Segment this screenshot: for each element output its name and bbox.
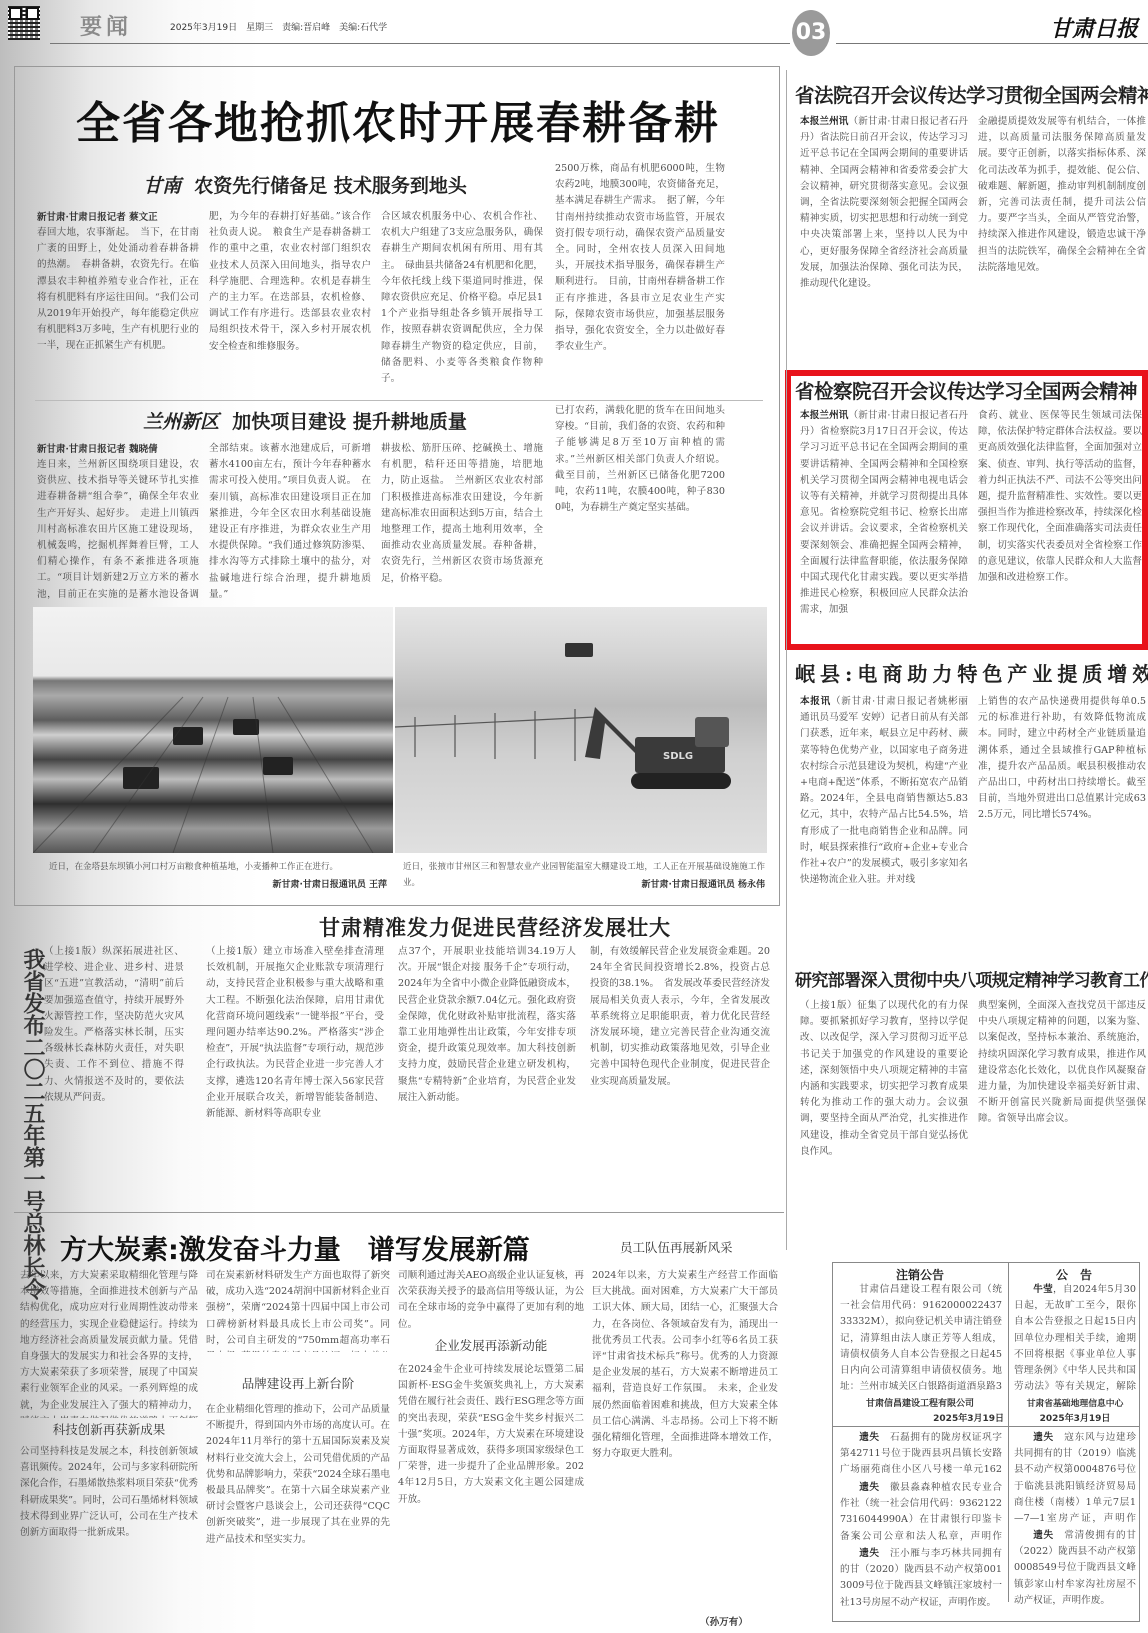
notice2-date: 2025年3月19日 — [1010, 1411, 1140, 1424]
fangda-sub-growth: 企业发展再添新动能 — [398, 1336, 584, 1354]
fangda-col3: 司顺利通过海关AEO高级企业认证复核，再次荣获海关授予的最高信用等级认证，为公司… — [398, 1268, 584, 1334]
photo2-credit: 新甘肃·甘肃日报通讯员 杨永伟 — [555, 877, 765, 890]
date-line: 2025年3月19日 星期三 责编:晋启峰 美编:石代学 — [170, 20, 387, 33]
lost-notice-5: 遗失 常清俊拥有的甘（2022）陇西县不动产权第0008549号位于陇西县文峰镇… — [1014, 1528, 1136, 1612]
divider — [1009, 1426, 1139, 1427]
private-economy-col1: （上接1版）建立市场准入壁垒排查清理长效机制，开展拖欠企业账款专项清理行动，支持… — [206, 944, 384, 1208]
fangda-col1: 去年以来，方大炭素采取精细化管理与降本增效等措施，全面推进技术创新与产品结构优化… — [20, 1268, 198, 1418]
lost-text: 常清俊拥有的甘（2022）陇西县不动产权第0008549号位于陇西县文峰镇彭家山… — [1014, 1530, 1136, 1606]
fangda-col2: 司在炭素新材料研发生产方面也取得了新突破，成功入选“2024胡润中国新材料企业百… — [206, 1268, 390, 1352]
sub1-byline: 新甘肃·甘肃日报记者 蔡文正 — [37, 209, 158, 223]
sub1-col4: 2500万株，商品有机肥6000吨，生物农药2吨，地膜300吨，农资储备充足，基… — [555, 161, 725, 395]
lost-notice-4: 遗失 寇东风与边建珍共同拥有的甘（2019）临洮县不动产权第0004876号位于… — [1014, 1430, 1136, 1528]
sub1-place: 甘南 — [143, 175, 181, 197]
lead: 本报讯 — [800, 696, 831, 707]
fangda-sub-staff: 员工队伍再展新风采 — [620, 1238, 780, 1256]
sub2-byline: 新甘肃·甘肃日报记者 魏晓倩 — [37, 441, 158, 455]
notice1-date: 2025年3月19日 — [834, 1411, 1004, 1424]
body: 省检察院3月17日召开会议，传达学习习近平总书记在全国两会期间的重要讲话精神、全… — [800, 426, 968, 615]
body: ，自2024年5月30日起，无故旷工至今，限你自本公告登报之日起15日内回单位办… — [1014, 1284, 1136, 1394]
lost-label: 遗失 — [1033, 1432, 1054, 1443]
lost-notice-2: 遗失 徽县淼森种植农民专业合作社（统一社会信用代码：93621227316044… — [840, 1480, 1002, 1546]
tractors-illustration — [33, 607, 393, 853]
study-story-col1: （上接1版）征集了以现代化的有力保障。要抓紧抓好学习教育，坚持以学促改、以改促学… — [800, 998, 968, 1244]
sub2-col2: 全部结束。该蓄水池建成后，可新增蓄水4100亩左右，预计今年春种蓄水需求可投入使… — [209, 441, 371, 603]
notice1-title: 注销公告 — [834, 1266, 1006, 1283]
lead: 本报兰州讯 — [800, 410, 849, 421]
notice1-body: 甘肃信昌建设工程有限公司（统一社会信用代码：916200002243733332… — [840, 1282, 1002, 1394]
minxian-story-headline: 岷县:电商助力特色产业提质增效 — [795, 658, 1145, 687]
photo1-caption: 近日，在金塔县东坝镇小河口村万亩粮食种植基地，小麦播种工作正在进行。 — [49, 859, 389, 875]
page-number-badge: 03 — [792, 10, 830, 56]
photo-greenhouse-construction: SDLG — [395, 607, 767, 853]
study-story-headline: 研究部署深入贯彻中央八项规定精神学习教育工作 — [795, 966, 1147, 991]
forest-order-text: （上接1版）纵深拓展进社区、进学校、进企业、进乡村、进景区“五进”宣教活动，“清… — [44, 944, 184, 1208]
lead: 牛莹 — [1033, 1284, 1053, 1295]
lost-notice-1: 遗失 石磊拥有的陇房权证巩字第42711号位于陇西县巩昌镇长安路广场丽苑商住小区… — [840, 1430, 1002, 1480]
sub2-title-row: 兰州新区 加快项目建设 提升耕地质量 — [15, 407, 595, 434]
fangda-col1b: 公司坚持科技是发展之本，科技创新领域喜讯频传。2024年，公司与多家科研院所深化… — [20, 1444, 198, 1630]
sub2-col1: 连日来，兰州新区围绕项目建设，农资供应、技术指导等关键环节扎实推进春耕备耕“组合… — [37, 457, 199, 603]
fangda-col2b: 在企业精细化管理的推动下，公司产品质量不断提升，得到国内外市场的高度认可。在20… — [206, 1402, 390, 1630]
lost-label: 遗失 — [1033, 1530, 1054, 1541]
notices-divider — [1008, 1262, 1009, 1602]
lost-text: 寇东风与边建珍共同拥有的甘（2019）临洮县不动产权第0004876号位于临洮县… — [1014, 1432, 1136, 1528]
fangda-signature: （孙万有） — [700, 1614, 748, 1628]
court-story-col2: 金融提质提效发展等有机结合，一体推进，以高质量司法服务保障高质量发展。要守正创新… — [978, 114, 1146, 360]
notice2-signer: 甘肃省基础地理信息中心 — [1010, 1396, 1140, 1409]
lead: 本报兰州讯 — [800, 116, 849, 127]
procuratorate-story-headline: 省检察院召开会议传达学习全国两会精神 — [795, 376, 1145, 404]
photo1-credit: 新甘肃·甘肃日报通讯员 王萍 — [175, 877, 387, 890]
column-divider — [786, 70, 787, 1250]
masthead-logo: 甘肃日报 — [1050, 12, 1138, 43]
main-headline: 全省各地抢抓农时开展春耕备耕 — [15, 87, 781, 151]
divider — [35, 400, 763, 401]
sub1-col2: 肥，为今年的春耕打好基础。”该合作社负责人说。 粮食生产是春耕备耕工作的重中之重… — [209, 209, 371, 395]
lost-label: 遗失 — [859, 1482, 880, 1493]
main-story: 全省各地抢抓农时开展春耕备耕 甘南 农资先行储备足 技术服务到地头 新甘肃·甘肃… — [14, 66, 780, 906]
sub2-col3: 耕拔松、筋肝压碎、挖碱换土、增施有机肥，秸秆还田等措施，培肥地力，防止返盐。 兰… — [381, 441, 543, 603]
notice2-title: 公 告 — [1010, 1266, 1138, 1283]
study-story-col2: 典型案例，全面深入查找党员干部违反中央八项规定精神的问题，以案为鉴、以案促改，坚… — [978, 998, 1146, 1244]
sub2-place: 兰州新区 — [143, 411, 219, 433]
notice1-signer: 甘肃信昌建设工程有限公司 — [834, 1396, 1006, 1409]
sub2-col4: 已打农药，满载化肥的货车在田间地头穿梭。“目前，我们备的农资、农药和种子能够满足… — [555, 403, 725, 603]
fangda-col3b: 在2024金牛企业可持续发展论坛暨第二届国新杯·ESG金牛奖颁奖典礼上，方大炭素… — [398, 1362, 584, 1630]
private-economy-col3: 制，有效缓解民营企业发展资金难题。2024年全省民间投资增长2.8%，投资占总投… — [590, 944, 770, 1208]
sub1-title: 农资先行储备足 技术服务到地头 — [194, 175, 467, 197]
private-economy-col2: 点37个，开展职业技能培训34.19万人次。开展“银企对接 服务千企”专项行动，… — [398, 944, 576, 1208]
fangda-headline: 方大炭素:激发奋斗力量 谱写发展新篇 — [60, 1228, 600, 1267]
header-rule-right — [836, 43, 1148, 44]
court-story-col1: 本报兰州讯（新甘肃·甘肃日报记者石丹丹）省法院日前召开会议，传达学习习近平总书记… — [800, 114, 968, 360]
minxian-story-col2: 上销售的农产品快递费用提供每单0.5元的标准进行补助，有效降低物流成本。同时，建… — [978, 694, 1146, 954]
fangda-sub-brand: 品牌建设再上新台阶 — [206, 1374, 390, 1392]
minxian-story-col1: 本报讯（新甘肃·甘肃日报记者姚彬丽 通讯员马爱军 安婷）记者日前从有关部门获悉，… — [800, 694, 968, 954]
lost-notice-3: 遗失 汪小雁与李巧林共同拥有的甘（2020）陇西县不动产权第0013009号位于… — [840, 1546, 1002, 1612]
fangda-sub-tech: 科技创新再获新成果 — [20, 1420, 198, 1438]
procuratorate-story-col2: 食药、就业、医保等民生领域司法保障，依法保护特定群体合法权益。要以更高质效强化法… — [978, 408, 1142, 640]
forest-order-vertical-headline: 我省发布二〇二五年第一号总林长令 — [14, 948, 44, 1300]
sub1-col1: 春回大地，农事渐起。 当下，在甘南广袤的田野上，处处涌动着春耕备耕的热潮。 春耕… — [37, 225, 199, 395]
court-story-headline: 省法院召开会议传达学习贯彻全国两会精神 — [795, 80, 1145, 108]
lost-label: 遗失 — [859, 1432, 880, 1443]
sub1-col3: 合区域农机服务中心、农机合作社、农机大户组建了3支应急服务队，确保春耕生产期间农… — [381, 209, 543, 395]
lost-label: 遗失 — [859, 1548, 880, 1559]
header-rule-left — [50, 43, 790, 44]
divider — [833, 1426, 1008, 1427]
excavator-illustration: SDLG — [395, 607, 767, 853]
private-economy-headline: 甘肃精准发力促进民营经济发展壮大 — [210, 912, 780, 942]
sub2-title: 加快项目建设 提升耕地质量 — [232, 411, 467, 433]
body: 省法院日前召开会议，传达学习习近平总书记在全国两会期间的重要讲话精神、全国两会精… — [800, 132, 968, 289]
notice2-body: 牛莹，自2024年5月30日起，无故旷工至今，限你自本公告登报之日起15日内回单… — [1014, 1282, 1136, 1394]
qr-code-icon[interactable] — [8, 6, 40, 40]
section-divider — [14, 1212, 784, 1213]
svg-text:SDLG: SDLG — [663, 751, 693, 762]
fangda-col4: 2024年以来，方大炭素生产经营工作面临巨大挑战。面对困难，方大炭素广大干部员工… — [592, 1268, 778, 1614]
section-label: 要闻 — [80, 10, 132, 41]
body: 记者日前从有关部门获悉，近年来，岷县立足中药材、蕨菜等特色优势产业，以国家电子商… — [800, 712, 968, 885]
procuratorate-story-col1: 本报兰州讯（新甘肃·甘肃日报记者石丹丹）省检察院3月17日召开会议，传达学习习近… — [800, 408, 968, 640]
photo-wheat-sowing — [33, 607, 393, 853]
sub1-title-row: 甘南 农资先行储备足 技术服务到地头 — [15, 171, 595, 198]
